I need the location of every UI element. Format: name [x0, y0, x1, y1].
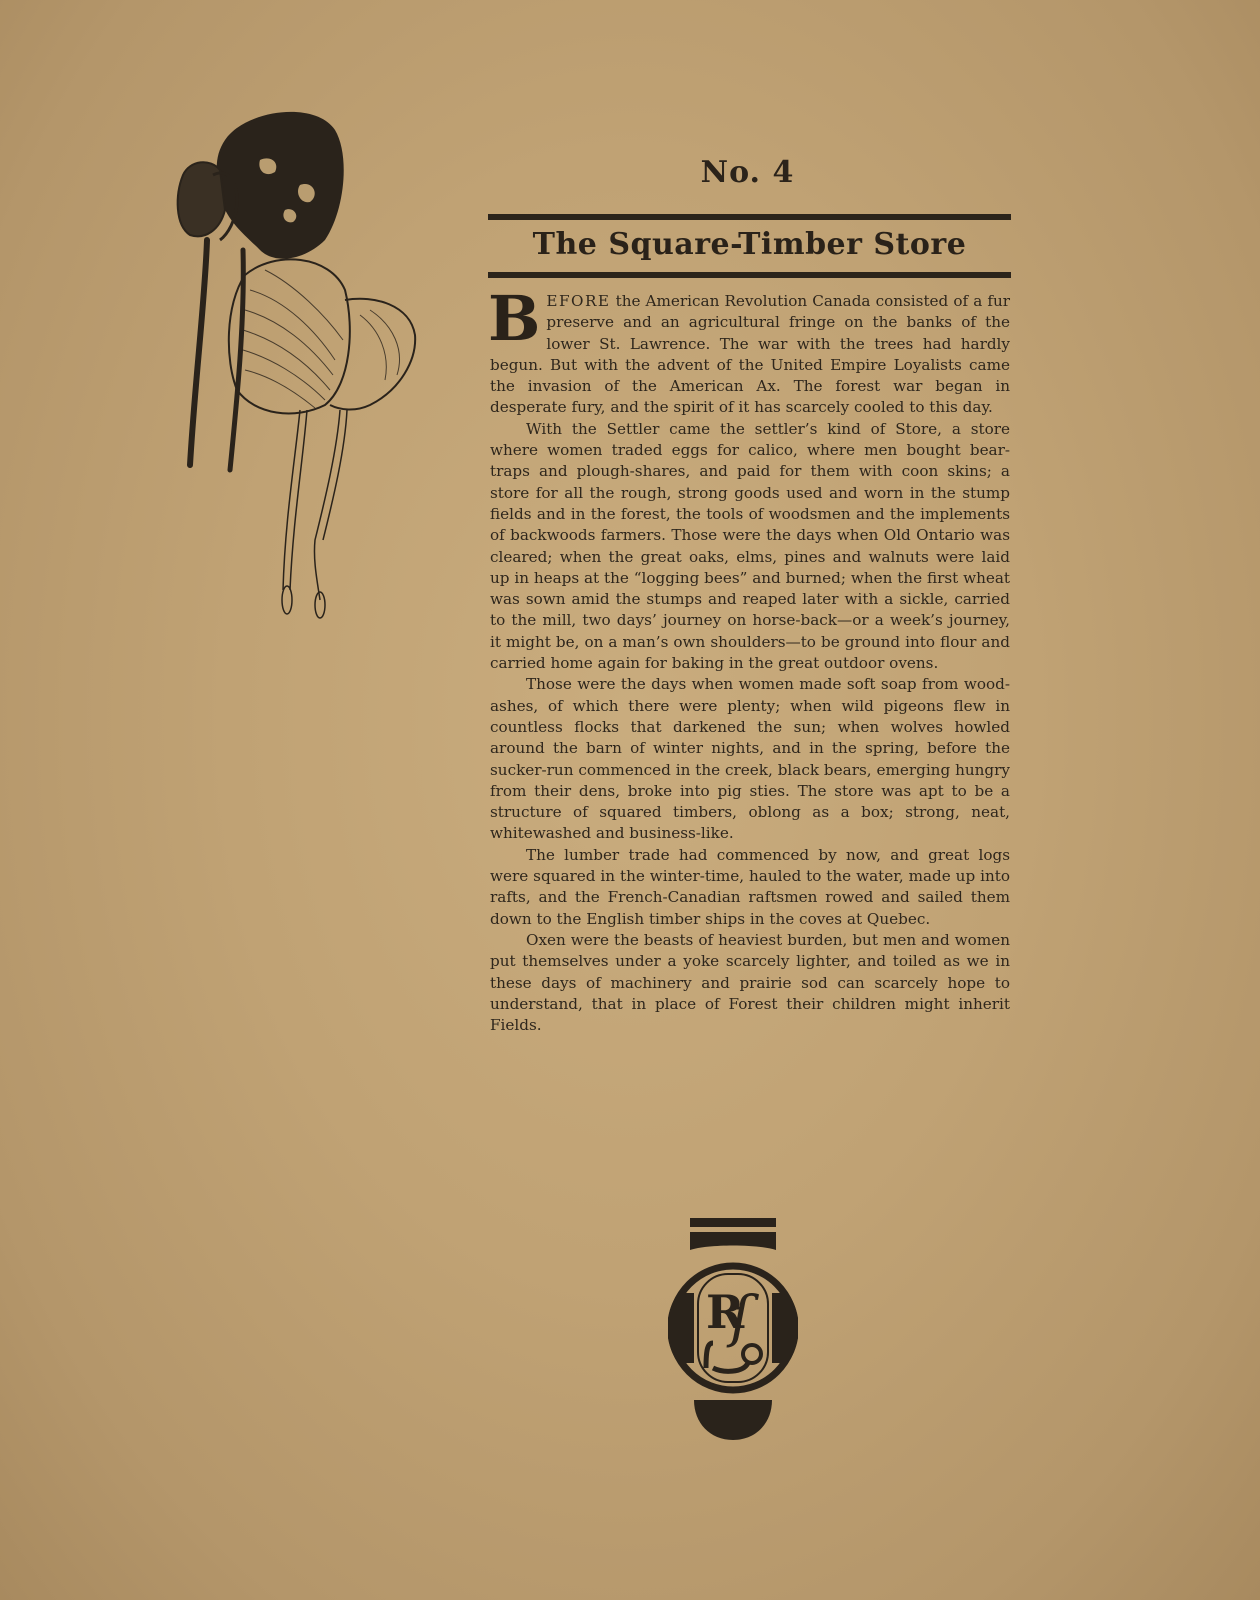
- title-rule-bottom: [488, 272, 1011, 278]
- issue-number: No. 4: [490, 155, 1005, 190]
- article-paragraph: Those were the days when women made soft…: [490, 674, 1010, 844]
- article-title: The Square-Timber Store: [488, 227, 1011, 262]
- document-page: No. 4 The Square-Timber Store BEFORE the…: [0, 0, 1260, 1600]
- title-rule-top: [488, 214, 1011, 220]
- article-paragraph: With the Settler came the settler’s kind…: [490, 419, 1010, 675]
- article-paragraph: The lumber trade had commenced by now, a…: [490, 845, 1010, 930]
- article-body: BEFORE the American Revolution Canada co…: [490, 291, 1010, 1036]
- drop-cap: B: [488, 294, 540, 344]
- lead-caps: EFORE: [546, 292, 610, 310]
- article-paragraph: BEFORE the American Revolution Canada co…: [490, 291, 1010, 419]
- svg-text:ſ: ſ: [726, 1285, 759, 1350]
- monogram-logo-icon: R ſ: [668, 1218, 798, 1448]
- bonnets-illustration-icon: [165, 100, 425, 630]
- article-paragraph: Oxen were the beasts of heaviest burden,…: [490, 930, 1010, 1036]
